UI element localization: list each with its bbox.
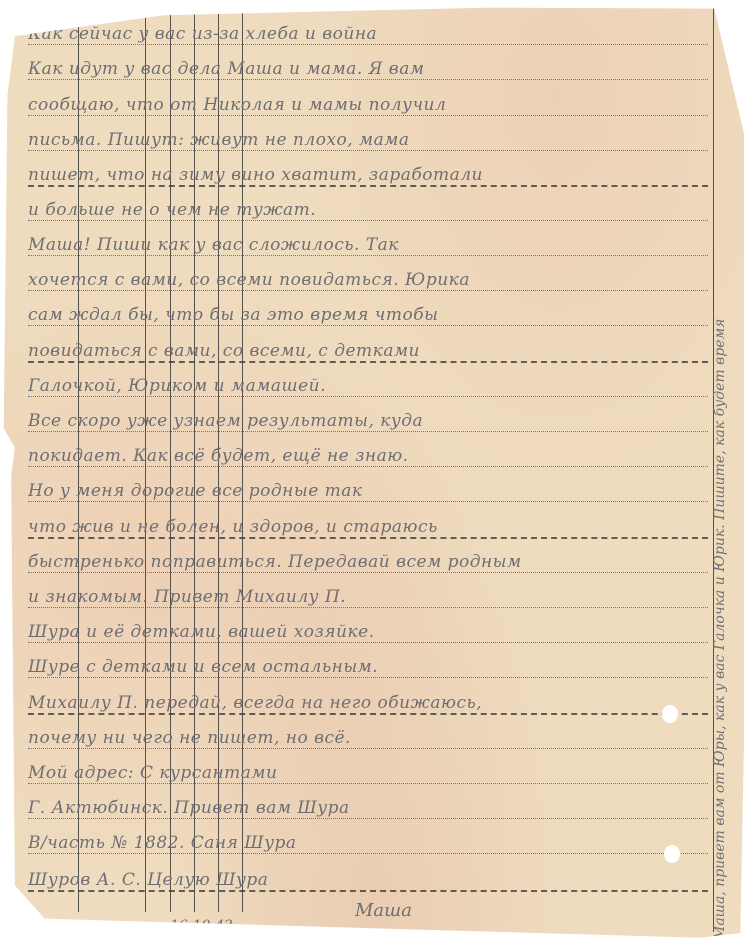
letter-line: Маша! Пиши как у вас сложилось. Так	[28, 227, 708, 263]
punch-hole	[664, 845, 680, 863]
letter-line: повидаться с вами, со всеми, с детками	[28, 333, 708, 369]
letter-line: хочется с вами, со всеми повидаться. Юри…	[28, 262, 708, 298]
letter-line: Как сейчас у вас из-за хлеба и война	[28, 16, 708, 52]
letter-line: быстренько поправиться. Передавай всем р…	[28, 544, 708, 580]
letter-line: Но у меня дорогие все родные так	[28, 473, 708, 509]
letter-line: почему ни чего не пишет, но всё.	[28, 720, 708, 756]
letter-line: покидает. Как всё будет, ещё не знаю.	[28, 438, 708, 474]
letter-line: Шуров А. С. Целую Шура	[28, 862, 708, 898]
letter-line: сообщаю, что от Николая и мамы получил	[28, 87, 708, 123]
letter-line: письма. Пишут: живут не плохо, мама	[28, 122, 708, 158]
letter-paper: Как сейчас у вас из-за хлеба и война Как…	[0, 0, 744, 952]
letter-line: и знакомым. Привет Михаилу П.	[28, 579, 708, 615]
letter-line: Мой адрес: С курсантами	[28, 755, 708, 791]
letter-date: 16-10-42	[170, 918, 233, 934]
letter-line: Михаилу П. передай, всегда на него обижа…	[28, 685, 708, 721]
signature: Маша	[355, 900, 412, 921]
margin-note: Маша, привет вам от Юры, как у вас Галоч…	[712, 60, 742, 940]
letter-line: пишет, что на зиму вино хватит, заработа…	[28, 157, 708, 193]
letter-line: Г. Актюбинск. Привет вам Шура	[28, 790, 708, 826]
letter-line: В/часть № 1882. Саня Шура	[28, 825, 708, 861]
letter-line: Как идут у вас дела Маша и мама. Я вам	[28, 51, 708, 87]
punch-hole	[662, 705, 678, 723]
letter-line: что жив и не болен, и здоров, и стараюсь	[28, 509, 708, 545]
letter-line: Галочкой, Юриком и мамашей.	[28, 368, 708, 404]
letter-line: Шуре с детками и всем остальным.	[28, 649, 708, 685]
letter-line: сам ждал бы, что бы за это время чтобы	[28, 297, 708, 333]
letter-line: Шура и её детками, вашей хозяйке.	[28, 614, 708, 650]
letter-line: и больше не о чем не тужат.	[28, 192, 708, 228]
letter-line: Все скоро уже узнаем результаты, куда	[28, 403, 708, 439]
